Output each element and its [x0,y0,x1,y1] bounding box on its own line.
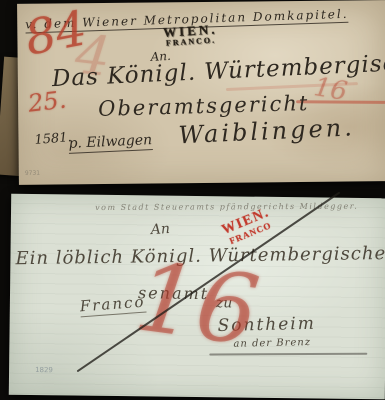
postmark-franco-text: FRANCO. [164,36,219,47]
pencil-mark: 9731 [25,170,40,177]
postmark-wien-franco-black: WIEN. FRANCO. [163,22,219,47]
salutation-an: An [150,221,170,238]
route-note: p. Eilwagen [68,132,152,154]
ink-number: 1581. [34,130,72,148]
photo-of-two-postal-covers: v. dem Wiener Metropolitan Domkapitel. 8… [0,0,385,400]
red-rate-left: 25. [27,88,68,116]
bottom-cover: vom Stadt Steueramts pfändgerichts Milde… [9,194,385,400]
destination: Waiblingen. [178,113,355,149]
top-cover: v. dem Wiener Metropolitan Domkapitel. 8… [17,0,385,185]
pencil-year: 1829 [35,366,53,374]
red-rate: 16 [130,248,264,360]
